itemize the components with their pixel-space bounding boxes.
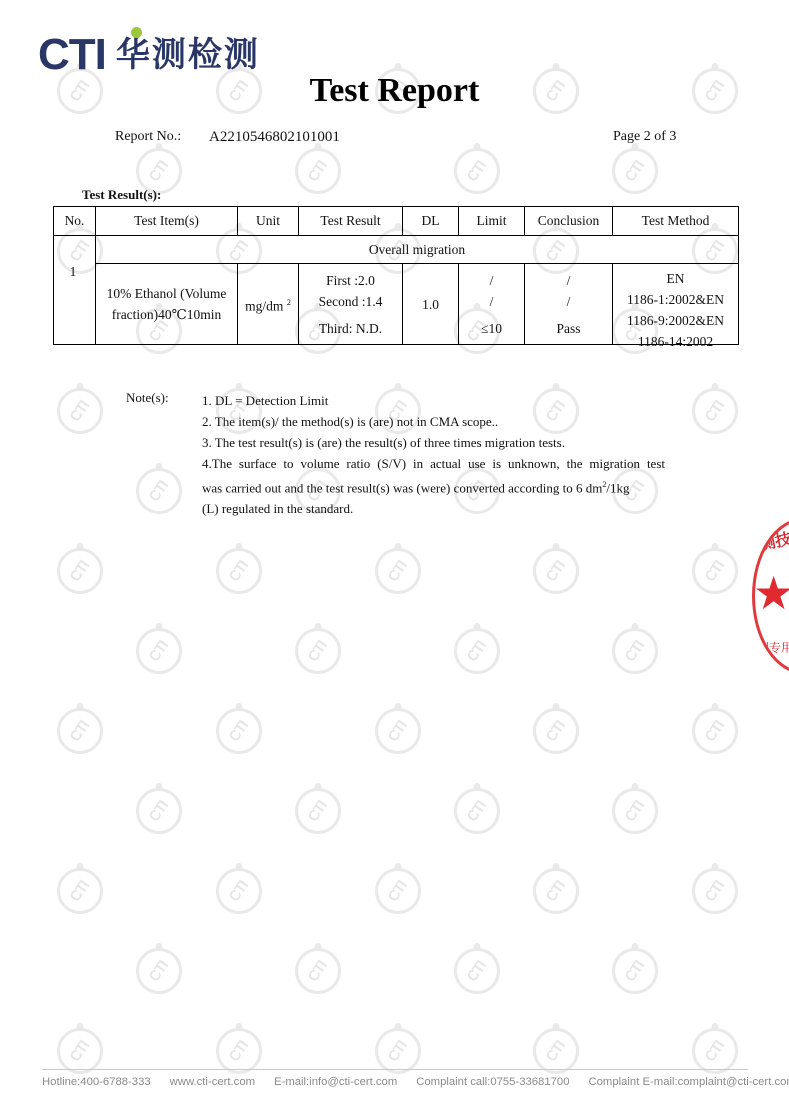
method-line-4: 1186-14:2002 — [616, 331, 735, 352]
logo-cti-text: CTI — [38, 33, 106, 77]
table-header-row: No. Test Item(s) Unit Test Result DL Lim… — [54, 207, 739, 236]
report-number: A2210546802101001 — [209, 129, 340, 146]
notes-label: Note(s): — [126, 390, 169, 406]
conclusion-third: Pass — [528, 318, 609, 339]
test-method-cell: EN 1186-1:2002&EN 1186-9:2002&EN 1186-14… — [613, 264, 739, 345]
footer-complaint-email-link[interactable]: Complaint E-mail:complaint@cti-cert.com — [588, 1076, 789, 1088]
unit-cell: mg/dm 2 — [238, 264, 299, 345]
star-icon: ★ — [753, 571, 789, 617]
unit-text: mg/dm — [245, 298, 283, 313]
result-first: First :2.0 — [302, 270, 399, 291]
logo-green-dot — [131, 27, 142, 38]
table-row: 10% Ethanol (Volume fraction)40℃10min mg… — [54, 264, 739, 345]
col-header-test-item: Test Item(s) — [96, 207, 238, 236]
test-result-cell: First :2.0 Second :1.4 Third: N.D. — [299, 264, 403, 345]
dl-cell: 1.0 — [403, 264, 459, 345]
col-header-dl: DL — [403, 207, 459, 236]
stamp-bottom-text: 测专用章 — [757, 639, 789, 656]
limit-cell: / / ≤10 — [459, 264, 525, 345]
col-header-limit: Limit — [459, 207, 525, 236]
test-results-table: No. Test Item(s) Unit Test Result DL Lim… — [53, 206, 739, 345]
note-text: was carried out and the test result(s) w… — [202, 480, 602, 495]
note-item: (L) regulated in the standard. — [202, 498, 665, 519]
footer-hotline: Hotline:400-6788-333 — [42, 1076, 151, 1088]
note-item: 1. DL = Detection Limit — [202, 390, 665, 411]
stamp-top-text: 测技 — [757, 526, 789, 555]
note-item: was carried out and the test result(s) w… — [202, 474, 665, 498]
conclusion-cell: / / Pass — [525, 264, 613, 345]
col-header-conclusion: Conclusion — [525, 207, 613, 236]
report-title: Test Report — [0, 72, 789, 110]
row-number: 1 — [54, 236, 96, 345]
result-second: Second :1.4 — [302, 291, 399, 312]
cti-logo: CTI 华测检测 — [38, 27, 260, 77]
result-third: Third: N.D. — [302, 318, 399, 339]
logo-chinese-text: 华测检测 — [116, 33, 260, 77]
footer-divider — [42, 1069, 748, 1070]
page-indicator: Page 2 of 3 — [613, 129, 676, 145]
col-header-no: No. — [54, 207, 96, 236]
limit-second: / — [462, 291, 521, 312]
conclusion-second: / — [528, 291, 609, 312]
footer-website-link[interactable]: www.cti-cert.com — [170, 1076, 255, 1088]
method-line-3: 1186-9:2002&EN — [616, 310, 735, 331]
method-line-2: 1186-1:2002&EN — [616, 289, 735, 310]
note-text: /1kg — [606, 480, 629, 495]
note-item: 4.The surface to volume ratio (S/V) in a… — [202, 453, 665, 474]
conclusion-first: / — [528, 270, 609, 291]
footer-email-link[interactable]: E-mail:info@cti-cert.com — [274, 1076, 397, 1088]
unit-superscript: 2 — [287, 298, 291, 307]
report-number-label: Report No.: — [115, 129, 181, 145]
note-item: 3. The test result(s) is (are) the resul… — [202, 432, 665, 453]
notes-list: 1. DL = Detection Limit 2. The item(s)/ … — [202, 390, 665, 519]
col-header-test-method: Test Method — [613, 207, 739, 236]
table-group-row: 1 Overall migration — [54, 236, 739, 264]
test-results-heading: Test Result(s): — [82, 187, 161, 203]
method-line-1: EN — [616, 268, 735, 289]
col-header-unit: Unit — [238, 207, 299, 236]
footer-complaint-call: Complaint call:0755-33681700 — [416, 1076, 569, 1088]
limit-third: ≤10 — [462, 318, 521, 339]
footer: Hotline:400-6788-333 www.cti-cert.com E-… — [42, 1076, 762, 1088]
official-seal-stamp: 测技 ★ 测专用章 — [752, 518, 789, 674]
col-header-test-result: Test Result — [299, 207, 403, 236]
limit-first: / — [462, 270, 521, 291]
test-item-cell: 10% Ethanol (Volume fraction)40℃10min — [96, 264, 238, 345]
note-item: 2. The item(s)/ the method(s) is (are) n… — [202, 411, 665, 432]
group-title: Overall migration — [96, 236, 739, 264]
